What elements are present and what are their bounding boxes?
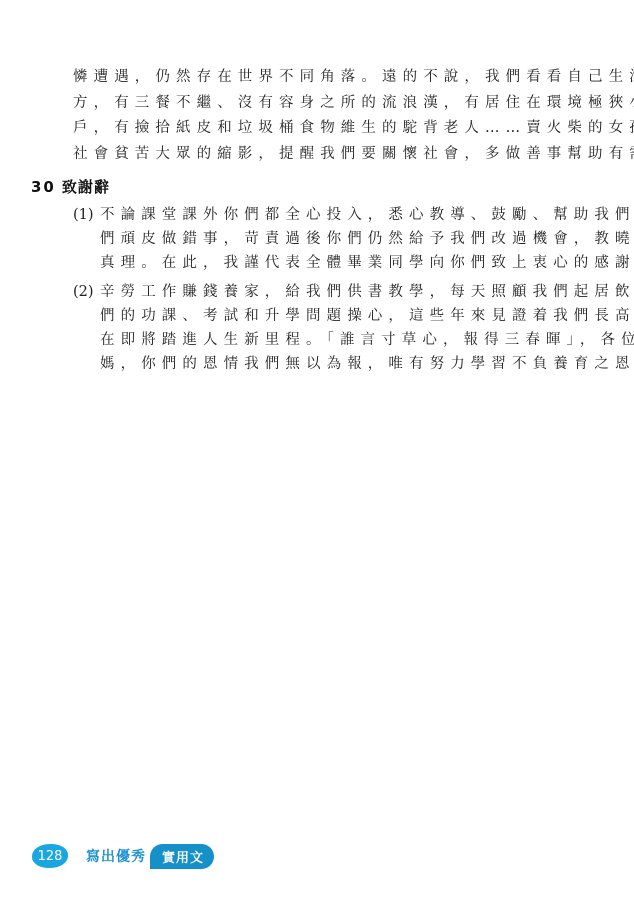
section-heading: 30致謝辭 (31, 176, 110, 197)
book-title: 寫出優秀 (86, 846, 146, 866)
paragraph-line: 方，有三餐不繼、沒有容身之所的流浪漢，有居住在環境極狹小的劏房 (73, 91, 583, 117)
page-number-badge: 128 (32, 844, 68, 868)
section-number: 30 (31, 178, 56, 196)
item-line: 辛勞工作賺錢養家，給我們供書教學，每天照顧我們起居飲食，為我 (100, 280, 634, 304)
item-line: 們頑皮做錯事，苛責過後你們仍然給予我們改過機會，教曉我們實踐 (100, 227, 634, 251)
section-title: 致謝辭 (62, 178, 110, 196)
item-line: 媽，你們的恩情我們無以為報，唯有努力學習不負養育之恩！ (100, 352, 634, 376)
intro-paragraph: 憐遭遇，仍然存在世界不同角落。遠的不說，我們看看自己生活的地 方，有三餐不繼、沒… (73, 65, 583, 167)
item-line: 們的功課、考試和升學問題操心，這些年來見證着我們長高長大，現 (100, 304, 634, 328)
item-line: 真理。在此，我謹代表全體畢業同學向你們致上衷心的感謝！ (100, 251, 634, 275)
page-footer: 128 寫出優秀 實用文 (32, 843, 214, 869)
paragraph-line: 社會貧苦大眾的縮影，提醒我們要關懷社會，多做善事幫助有需要的人。 (73, 142, 583, 168)
item-line: 在即將踏進人生新里程。「誰言寸草心，報得三春暉」，各位爸爸媽 (100, 328, 634, 352)
list-marker: (1) (73, 203, 94, 227)
paragraph-line: 戶，有撿拾紙皮和垃圾桶食物維生的駝背老人……賣火柴的女孩就是 (73, 116, 583, 142)
item-line: 不論課堂課外你們都全心投入，悉心教導、鼓勵、幫助我們，即使我 (100, 203, 634, 227)
paragraph-line: 憐遭遇，仍然存在世界不同角落。遠的不說，我們看看自己生活的地 (73, 65, 583, 91)
book-badge: 實用文 (150, 844, 214, 869)
list-marker: (2) (73, 280, 94, 304)
